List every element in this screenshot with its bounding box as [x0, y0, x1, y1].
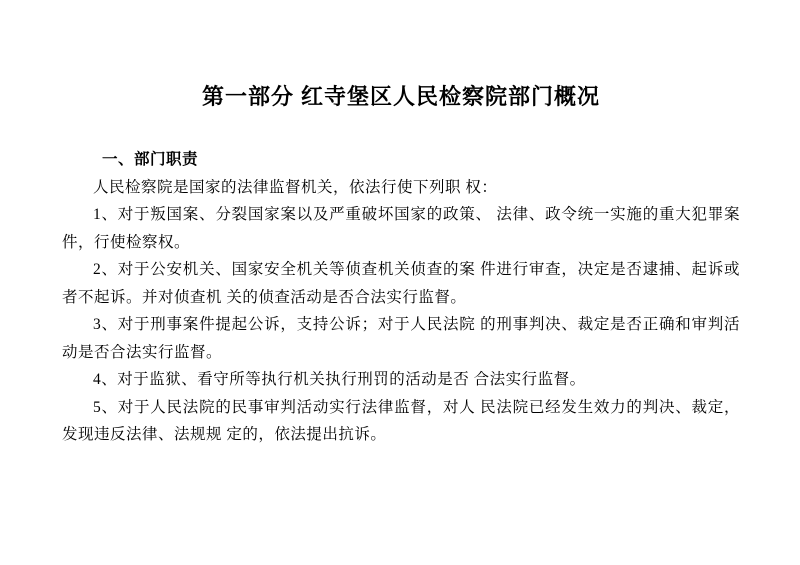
section-heading: 一、部门职责 — [62, 146, 740, 174]
paragraph-item-3: 3、对于刑事案件提起公诉，支持公诉；对于人民法院 的刑事判决、裁定是否正确和审判… — [62, 311, 740, 366]
paragraph-item-1: 1、对于叛国案、分裂国家案以及严重破坏国家的政策、 法律、政令统一实施的重大犯罪… — [62, 201, 740, 256]
paragraph-intro: 人民检察院是国家的法律监督机关，依法行使下列职 权： — [62, 174, 740, 202]
paragraph-item-2: 2、对于公安机关、国家安全机关等侦查机关侦查的案 件进行审查，决定是否逮捕、起诉… — [62, 256, 740, 311]
paragraph-item-4: 4、对于监狱、看守所等执行机关执行刑罚的活动是否 合法实行监督。 — [62, 366, 740, 394]
page-title: 第一部分 红寺堡区人民检察院部门概况 — [62, 84, 740, 110]
document-page: 第一部分 红寺堡区人民检察院部门概况 一、部门职责 人民检察院是国家的法律监督机… — [0, 0, 800, 565]
paragraph-item-5: 5、对于人民法院的民事审判活动实行法律监督，对人 民法院已经发生效力的判决、裁定… — [62, 394, 740, 449]
body-text: 人民检察院是国家的法律监督机关，依法行使下列职 权： 1、对于叛国案、分裂国家案… — [62, 174, 740, 449]
